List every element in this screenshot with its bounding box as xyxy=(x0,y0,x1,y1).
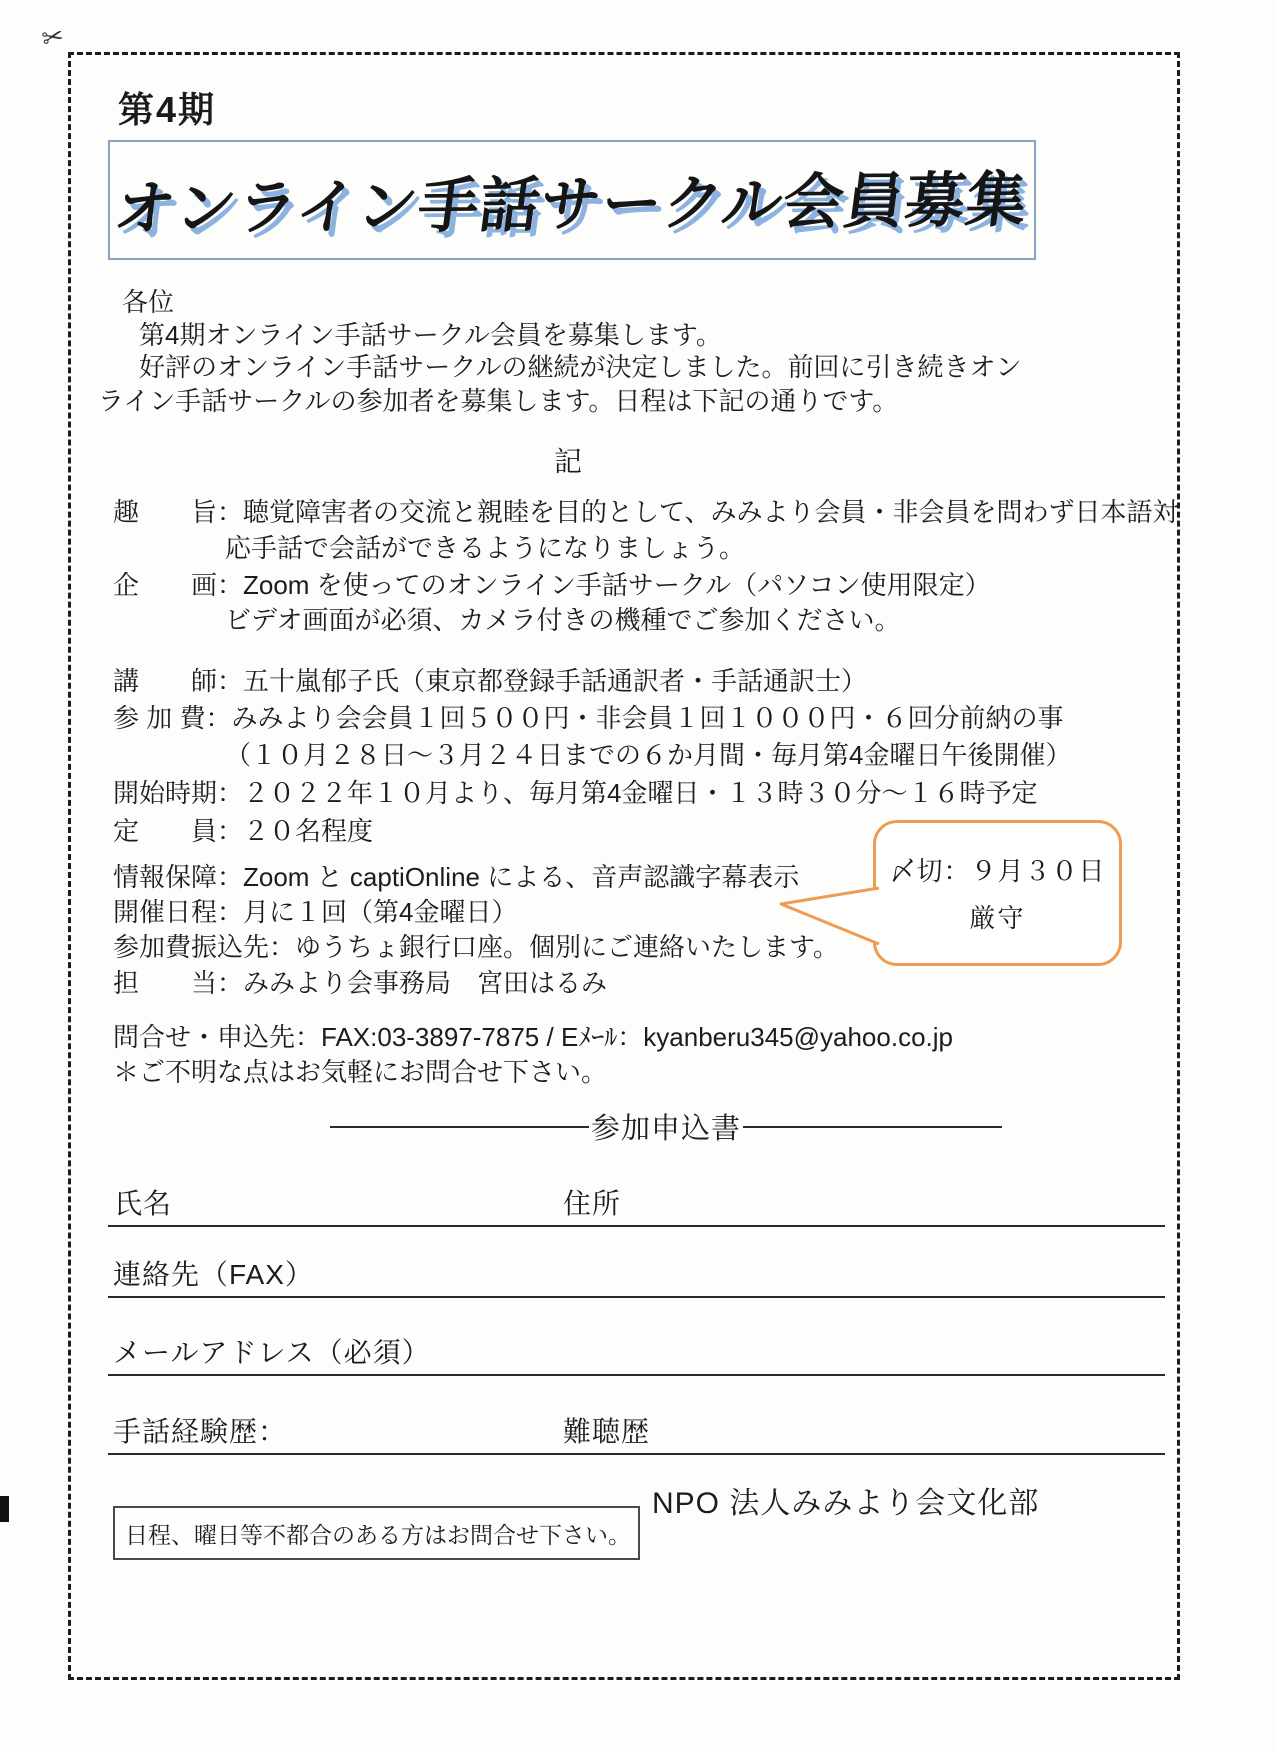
plan-line-1: 企 画：Zoom を使ってのオンライン手話サークル（パソコン使用限定） xyxy=(113,570,991,601)
form-row-history: 手話経験歴： 難聴歴 xyxy=(108,1416,1165,1455)
intro-line-3: ライン手話サークルの参加者を募集します。日程は下記の通りです。 xyxy=(98,386,898,417)
fee-line-1: 参 加 費：みみより会会員１回５００円・非会員１回１０００円・６回分前納の事 xyxy=(113,703,1063,734)
organization-name: NPO 法人みみより会文化部 xyxy=(652,1478,1039,1522)
footer-note-box: 日程、曜日等不都合のある方はお問合せ下さい。 xyxy=(113,1506,640,1560)
payment-line: 参加費振込先：ゆうちょ銀行口座。個別にご連絡いたします。 xyxy=(113,932,839,963)
plan-line-2: ビデオ画面が必須、カメラ付きの機種でご参加ください。 xyxy=(225,605,900,636)
purpose-line-1: 趣 旨：聴覚障害者の交流と親睦を目的として、みみより会員・非会員を問わず日本語対 xyxy=(113,497,1178,528)
record-heading: 記 xyxy=(60,440,1080,480)
form-row-email: メールアドレス（必須） xyxy=(108,1337,1165,1376)
fee-line-2: （１０月２８日～３月２４日までの６か月間・毎月第4金曜日午後開催） xyxy=(225,740,1071,771)
purpose-line-2: 応手話で会話ができるようになりましょう。 xyxy=(225,533,745,564)
heading-rule-left xyxy=(330,1126,589,1128)
form-row-fax: 連絡先（FAX） xyxy=(108,1259,1165,1298)
inquiry-note: ＊ご不明な点はお気軽にお問合せ下さい。 xyxy=(113,1057,607,1088)
form-row-name-address: 氏名 住所 xyxy=(108,1188,1165,1227)
capacity-line: 定 員：２０名程度 xyxy=(113,816,373,847)
schedule-line: 開催日程：月に１回（第4金曜日） xyxy=(113,897,517,928)
deadline-strict: 厳守 xyxy=(969,898,1025,935)
intro-line-1: 第4期オンライン手話サークル会員を募集します。 xyxy=(113,320,722,351)
footer-note: 日程、曜日等不都合のある方はお問合せ下さい。 xyxy=(125,1517,631,1550)
salutation: 各位 xyxy=(122,287,174,318)
intro-line-2: 好評のオンライン手話サークルの継続が決定しました。前回に引き続きオン xyxy=(113,352,1021,383)
banner-title: オンライン手話サークル会員募集 xyxy=(110,152,1034,248)
hearing-history-label: 難聴歴 xyxy=(563,1410,650,1450)
inquiry-line: 問合せ・申込先：FAX:03-3897-7875 / Eﾒｰﾙ：kyanberu… xyxy=(113,1022,953,1053)
address-field-label: 住所 xyxy=(563,1182,621,1222)
lecturer-line: 講 師：五十嵐郁子氏（東京都登録手話通訳者・手話通訳士） xyxy=(113,666,867,697)
deadline-date: 〆切：９月３０日 xyxy=(889,851,1105,888)
form-heading: 参加申込書 xyxy=(589,1106,743,1147)
sign-history-label: 手話経験歴： xyxy=(113,1410,287,1450)
accessibility-line: 情報保障：Zoom と captiOnline による、音声認識字幕表示 xyxy=(113,862,799,893)
form-heading-rule: 参加申込書 xyxy=(330,1106,1002,1147)
scissors-icon: ✂ xyxy=(39,20,67,55)
staff-line: 担 当：みみより会事務局 宮田はるみ xyxy=(113,968,607,999)
bubble-tail xyxy=(775,878,885,953)
start-line: 開始時期：２０２２年１０月より、毎月第4金曜日・１３時３０分～１６時予定 xyxy=(113,778,1037,809)
banner-box: オンライン手話サークル会員募集 xyxy=(108,140,1036,260)
phase-heading: 第4期 xyxy=(118,82,216,133)
scan-artifact xyxy=(0,1496,9,1522)
deadline-bubble: 〆切：９月３０日 厳守 xyxy=(873,820,1122,966)
heading-rule-right xyxy=(743,1126,1002,1128)
fax-field-label: 連絡先（FAX） xyxy=(113,1253,314,1293)
email-field-label: メールアドレス（必須） xyxy=(113,1331,431,1371)
name-field-label: 氏名 xyxy=(114,1182,172,1222)
